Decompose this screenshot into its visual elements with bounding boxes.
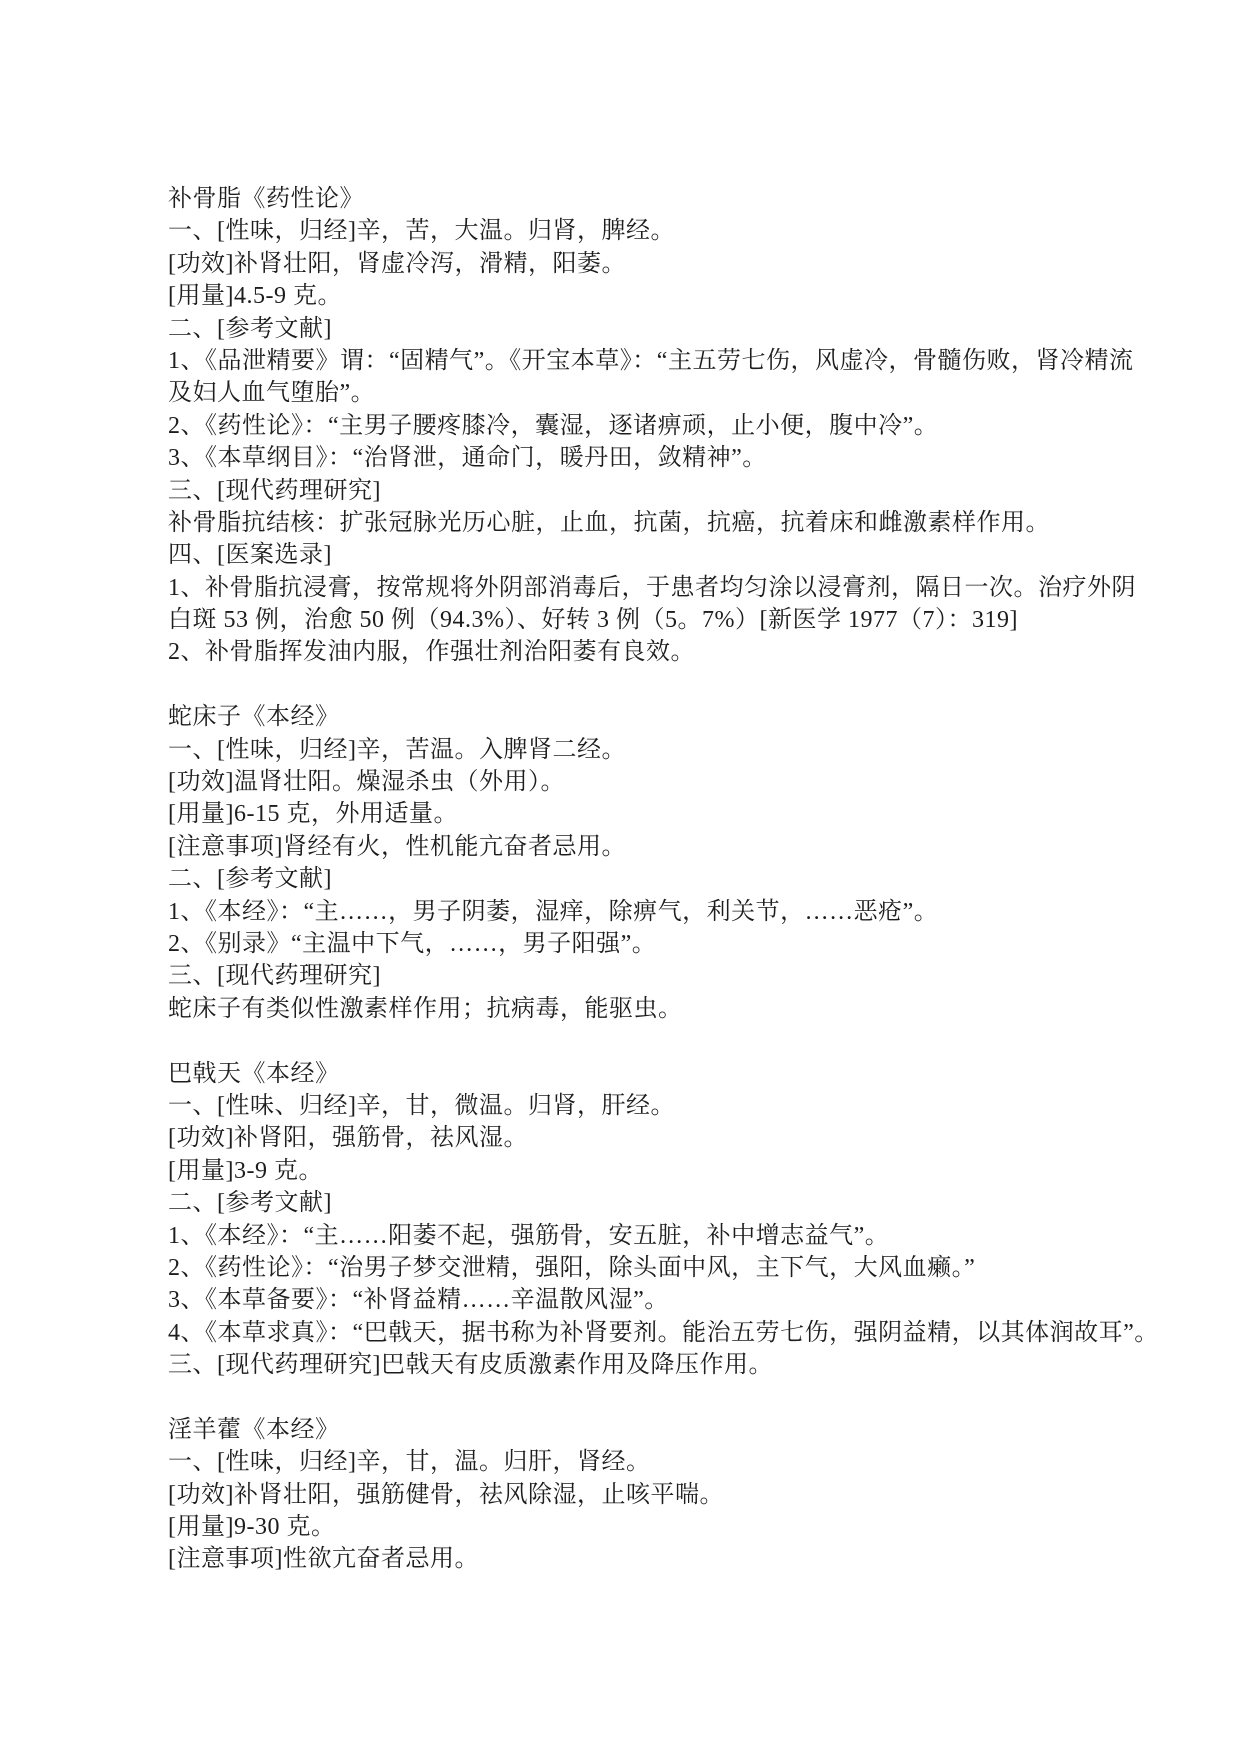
text-line: 2、《别录》“主温中下气，……，男子阳强”。: [168, 928, 1158, 960]
text-line: 及妇人血气堕胎”。: [168, 377, 1158, 409]
text-line: 一、[性味，归经]辛，苦温。入脾肾二经。: [168, 734, 1158, 766]
text-line: 1、《本经》：“主……，男子阴萎，湿痒，除痹气，利关节，……恶疮”。: [168, 896, 1158, 928]
text-line: 2、《药性论》：“治男子梦交泄精，强阳，除头面中风，主下气，大风血癞。”: [168, 1252, 1158, 1284]
text-line: 2、补骨脂挥发油内服，作强壮剂治阳萎有良效。: [168, 636, 1158, 668]
text-line: 三、[现代药理研究]: [168, 960, 1158, 992]
text-line: [注意事项]肾经有火，性机能亢奋者忌用。: [168, 831, 1158, 863]
text-line: 2、《药性论》：“主男子腰疼膝冷，囊湿，逐诸痹顽，止小便，腹中冷”。: [168, 410, 1158, 442]
text-line: [功效]补肾壮阳，肾虚冷泻，滑精，阳萎。: [168, 248, 1158, 280]
section-title: 蛇床子《本经》: [168, 701, 1158, 733]
text-line: 二、[参考文献]: [168, 1187, 1158, 1219]
text-line: 二、[参考文献]: [168, 863, 1158, 895]
text-line: [功效]温肾壮阳。燥湿杀虫（外用）。: [168, 766, 1158, 798]
text-line: 补骨脂抗结核：扩张冠脉光历心脏，止血，抗菌，抗癌，抗着床和雌激素样作用。: [168, 507, 1158, 539]
text-line: 白斑 53 例，治愈 50 例（94.3%）、好转 3 例（5。7%）[新医学 …: [168, 604, 1158, 636]
text-line: [功效]补肾壮阳，强筋健骨，祛风除湿，止咳平喘。: [168, 1479, 1158, 1511]
section-title: 补骨脂《药性论》: [168, 183, 1158, 215]
herb-section-bajitian: 巴戟天《本经》 一、[性味、归经]辛，甘，微温。归肾，肝经。 [功效]补肾阳，强…: [168, 1058, 1158, 1382]
text-line: 三、[现代药理研究]巴戟天有皮质激素作用及降压作用。: [168, 1349, 1158, 1381]
text-line: [功效]补肾阳，强筋骨，祛风湿。: [168, 1122, 1158, 1154]
text-line: 1、《品泄精要》谓：“固精气”。《开宝本草》：“主五劳七伤，风虚冷，骨髓伤败，肾…: [168, 345, 1158, 377]
herb-section-shechuangzi: 蛇床子《本经》 一、[性味，归经]辛，苦温。入脾肾二经。 [功效]温肾壮阳。燥湿…: [168, 701, 1158, 1025]
herb-section-buguzhi: 补骨脂《药性论》 一、[性味，归经]辛，苦，大温。归肾，脾经。 [功效]补肾壮阳…: [168, 183, 1158, 669]
section-title: 淫羊藿《本经》: [168, 1414, 1158, 1446]
text-line: 4、《本草求真》：“巴戟天，据书称为补肾要剂。能治五劳七伤，强阴益精，以其体润故…: [168, 1317, 1158, 1349]
text-line: [用量]9-30 克。: [168, 1511, 1158, 1543]
text-line: 一、[性味，归经]辛，甘，温。归肝，肾经。: [168, 1446, 1158, 1478]
text-line: [用量]6-15 克，外用适量。: [168, 798, 1158, 830]
text-line: 1、《本经》：“主……阳萎不起，强筋骨，安五脏，补中增志益气”。: [168, 1220, 1158, 1252]
section-title: 巴戟天《本经》: [168, 1058, 1158, 1090]
herb-section-yinyanghuo: 淫羊藿《本经》 一、[性味，归经]辛，甘，温。归肝，肾经。 [功效]补肾壮阳，强…: [168, 1414, 1158, 1576]
text-line: 二、[参考文献]: [168, 313, 1158, 345]
text-line: [注意事项]性欲亢奋者忌用。: [168, 1543, 1158, 1575]
text-line: 四、[医案选录]: [168, 539, 1158, 571]
text-line: 1、补骨脂抗浸膏，按常规将外阴部消毒后，于患者均匀涂以浸膏剂，隔日一次。治疗外阴: [168, 572, 1158, 604]
text-line: 3、《本草纲目》：“治肾泄，通命门，暖丹田，敛精神”。: [168, 442, 1158, 474]
text-line: 蛇床子有类似性激素样作用；抗病毒，能驱虫。: [168, 993, 1158, 1025]
document-page: 补骨脂《药性论》 一、[性味，归经]辛，苦，大温。归肾，脾经。 [功效]补肾壮阳…: [0, 0, 1241, 1754]
text-line: [用量]4.5-9 克。: [168, 280, 1158, 312]
text-line: 3、《本草备要》：“补肾益精……辛温散风湿”。: [168, 1284, 1158, 1316]
text-line: 一、[性味、归经]辛，甘，微温。归肾，肝经。: [168, 1090, 1158, 1122]
text-line: 三、[现代药理研究]: [168, 475, 1158, 507]
text-line: [用量]3-9 克。: [168, 1155, 1158, 1187]
document-body: 补骨脂《药性论》 一、[性味，归经]辛，苦，大温。归肾，脾经。 [功效]补肾壮阳…: [168, 183, 1158, 1576]
text-line: 一、[性味，归经]辛，苦，大温。归肾，脾经。: [168, 215, 1158, 247]
